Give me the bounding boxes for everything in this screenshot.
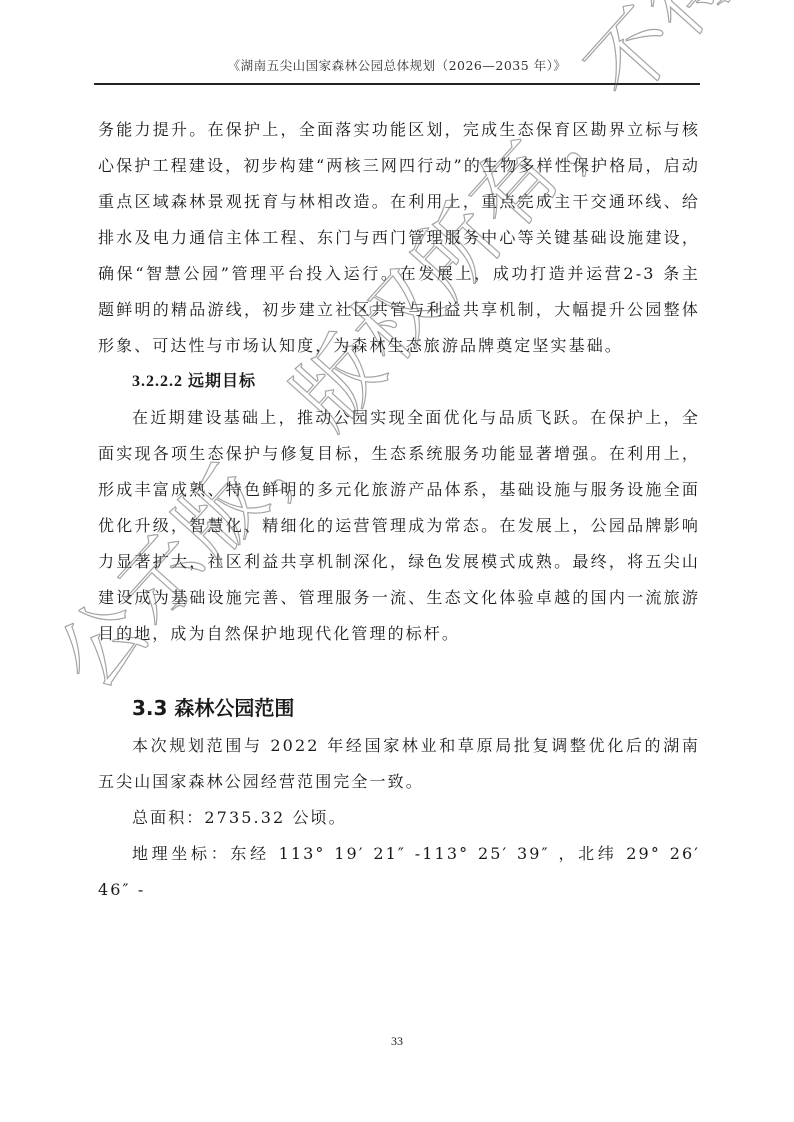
coordinates-line: 地理坐标：东经 113° 19′ 21″ -113° 25′ 39″ ，北纬 2… bbox=[98, 836, 700, 908]
header-divider bbox=[94, 83, 700, 85]
page-body: 务能力提升。在保护上，全面落实功能区划，完成生态保育区勘界立标与核心保护工程建设… bbox=[98, 112, 700, 908]
page-number: 33 bbox=[0, 1034, 794, 1049]
spacer bbox=[98, 652, 700, 688]
paragraph-continued: 务能力提升。在保护上，全面落实功能区划，完成生态保育区勘界立标与核心保护工程建设… bbox=[98, 112, 700, 364]
total-area-line: 总面积：2735.32 公顷。 bbox=[98, 800, 700, 836]
paragraph-scope: 本次规划范围与 2022 年经国家林业和草原局批复调整优化后的湖南五尖山国家森林… bbox=[98, 728, 700, 800]
running-header: 《湖南五尖山国家森林公园总体规划（2026—2035 年）》 bbox=[0, 56, 794, 74]
section-heading-3-2-2-2: 3.2.2.2 远期目标 bbox=[98, 364, 700, 400]
paragraph-long-term-goals: 在近期建设基础上，推动公园实现全面优化与品质飞跃。在保护上，全面实现各项生态保护… bbox=[98, 400, 700, 652]
section-heading-3-3: 3.3 森林公园范围 bbox=[98, 688, 700, 728]
